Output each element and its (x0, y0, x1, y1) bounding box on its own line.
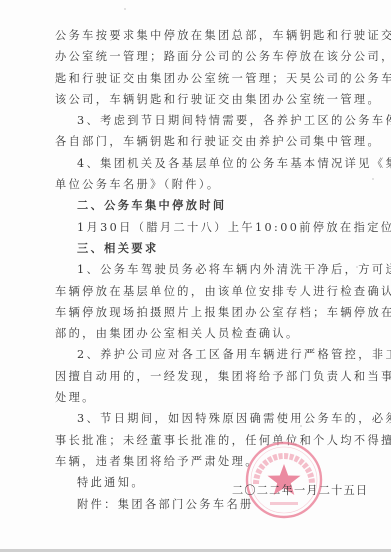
paragraph-line: 部的，由集团办公室相关人员检查确认。 (55, 323, 337, 344)
paragraph-line: 3、节日期间，如因特殊原因确需使用公务车的，必须报董 (55, 408, 337, 429)
scan-speck (300, 425, 302, 427)
paragraph-line: 匙和行驶证交由集团办公室统一管理；天昊公司的公务车停放在 (55, 68, 337, 89)
paragraph-line: 公务车按要求集中停放在集团总部，车辆钥匙和行驶证交由集团 (55, 25, 337, 46)
paragraph-line: 办公室统一管理；路面分公司的公务车停放在该分公司，车辆钥 (55, 46, 337, 67)
paragraph-line: 车辆停放在基层单位的，由该单位安排专人进行检查确认，并将 (55, 281, 337, 302)
paragraph-line: 处理。 (55, 387, 337, 408)
paragraph-line: 单位公务车名册》（附件）。 (55, 174, 337, 195)
official-seal-icon (244, 440, 324, 520)
paragraph-line: 3、考虑到节日期间特情需要，各养护工区的公务车停放在 (55, 110, 337, 131)
document-page: 公务车按要求集中停放在集团总部，车辆钥匙和行驶证交由集团 办公室统一管理；路面分… (0, 0, 391, 549)
paragraph-line: 1、公务车驾驶员务必将车辆内外清洗干净后，方可送交。 (55, 259, 337, 280)
scan-speck (124, 8, 126, 10)
issue-date: 二〇二二年一月二十五日 (232, 482, 368, 498)
section-heading-requirements: 三、相关要求 (55, 238, 337, 259)
section-heading-parking-time: 二、公务车集中停放时间 (55, 195, 337, 216)
scan-speck (372, 178, 374, 180)
paragraph-line: 各自部门，车辆钥匙和行驶证交由养护公司集中管理。 (55, 131, 337, 152)
paragraph-line: 2、养护公司应对各工区备用车辆进行严格管控，非工作原 (55, 344, 337, 365)
paragraph-line: 4、集团机关及各基层单位的公务车基本情况详见《集团各 (55, 153, 337, 174)
paragraph-line: 因擅自动用的，一经发现，集团将给予部门负责人和当事人严肃 (55, 366, 337, 387)
paragraph-line: 该公司，车辆钥匙和行驶证交由集团办公室统一管理。 (55, 89, 337, 110)
scan-speck (278, 421, 280, 423)
paragraph-line: 1月30日（腊月二十八）上午10:00前停放在指定位置。 (55, 217, 337, 238)
paragraph-line: 车辆停放现场拍摄照片上报集团办公室存档；车辆停放在集团总 (55, 302, 337, 323)
scan-speck (356, 266, 358, 268)
